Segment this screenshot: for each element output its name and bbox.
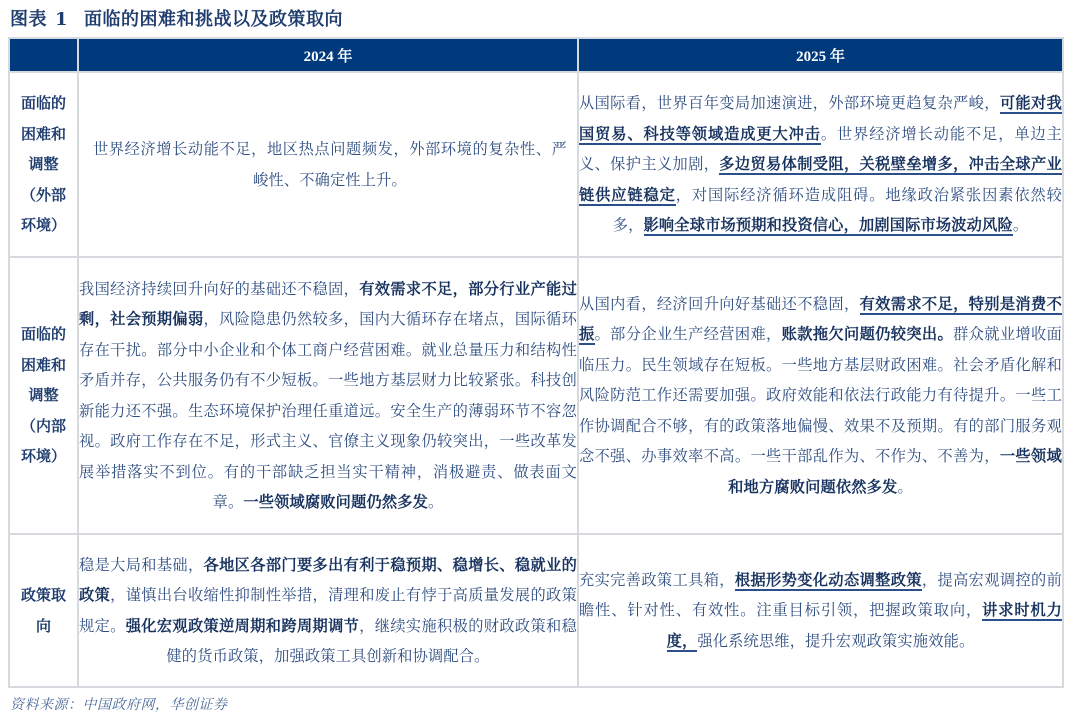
body-text: 。 bbox=[1013, 216, 1028, 234]
row-label-line: 面临的 bbox=[10, 319, 77, 350]
table-row-internal: 面临的困难和调整（内部环境） 我国经济持续回升向好的基础还不稳固，有效需求不足，… bbox=[9, 257, 1063, 534]
body-text: 从国内看，经济回升向好基础还不稳固， bbox=[579, 295, 860, 313]
row-label-line: （内部 bbox=[10, 411, 77, 442]
header-row: 2024 年 2025 年 bbox=[9, 38, 1063, 72]
header-2024: 2024 年 bbox=[78, 38, 578, 72]
cell-2024-internal: 我国经济持续回升向好的基础还不稳固，有效需求不足，部分行业产能过剩，社会预期偏弱… bbox=[78, 257, 578, 534]
body-text: 。部分企业生产经营困难， bbox=[595, 325, 782, 343]
cell-2025-internal: 从国内看，经济回升向好基础还不稳固，有效需求不足，特别是消费不振。部分企业生产经… bbox=[578, 257, 1063, 534]
body-text: 。 bbox=[428, 493, 443, 511]
row-label-line: 向 bbox=[10, 611, 77, 642]
header-2025: 2025 年 bbox=[578, 38, 1063, 72]
figure-number: 1 bbox=[55, 9, 68, 30]
source-note: 资料来源：中国政府网，华创证券 bbox=[10, 694, 228, 714]
header-blank bbox=[9, 38, 78, 72]
row-label-internal: 面临的困难和调整（内部环境） bbox=[9, 257, 78, 534]
body-text: 从国际看，世界百年变局加速演进，外部环境更趋复杂严峻， bbox=[579, 94, 1000, 112]
table-row-external: 面临的困难和调整（外部环境） 世界经济增长动能不足，地区热点问题频发，外部环境的… bbox=[9, 72, 1063, 257]
body-text: 充实完善政策工具箱， bbox=[579, 571, 735, 589]
cell-2024-external: 世界经济增长动能不足，地区热点问题频发，外部环境的复杂性、严峻性、不确定性上升。 bbox=[78, 72, 578, 257]
body-text: 。 bbox=[897, 478, 912, 496]
body-text: 我国经济持续回升向好的基础还不稳固， bbox=[79, 280, 359, 298]
row-label-policy: 政策取向 bbox=[9, 534, 78, 687]
figure-title: 图表1面临的困难和挑战以及政策取向 bbox=[10, 6, 343, 34]
underlined-emphasis-text: 影响全球市场预期和投资信心，加剧国际市场波动风险 bbox=[644, 216, 1013, 236]
body-text: 强化系统思维，提升宏观政策实施效能。 bbox=[697, 632, 974, 650]
cell-2025-policy: 充实完善政策工具箱，根据形势变化动态调整政策，提高宏观调控的前瞻性、针对性、有效… bbox=[578, 534, 1063, 687]
comparison-table: 2024 年 2025 年 面临的困难和调整（外部环境） 世界经济增长动能不足，… bbox=[8, 37, 1064, 688]
body-text: 稳是大局和基础， bbox=[79, 556, 204, 574]
cell-2024-policy: 稳是大局和基础，各地区各部门要多出有利于稳预期、稳增长、稳就业的政策，谨慎出台收… bbox=[78, 534, 578, 687]
table-row-policy: 政策取向 稳是大局和基础，各地区各部门要多出有利于稳预期、稳增长、稳就业的政策，… bbox=[9, 534, 1063, 687]
row-label-external: 面临的困难和调整（外部环境） bbox=[9, 72, 78, 257]
body-text: 群众就业增收面临压力。民生领域存在短板。一些地方基层财政困难。社会矛盾化解和风险… bbox=[579, 325, 1062, 465]
row-label-line: 调整 bbox=[10, 149, 77, 180]
row-label-line: 困难和 bbox=[10, 119, 77, 150]
body-text: 世界经济增长动能不足，地区热点问题频发，外部环境的复杂性、严峻性、不确定性上升。 bbox=[93, 140, 567, 189]
row-label-line: 调整 bbox=[10, 380, 77, 411]
emphasis-text: 账款拖欠问题仍较突出。 bbox=[782, 325, 953, 343]
row-label-line: 环境） bbox=[10, 210, 77, 241]
body-text: ，风险隐患仍然较多，国内大循环存在堵点，国际循环存在干扰。部分中小企业和个体工商… bbox=[79, 310, 577, 511]
figure-label: 图表 bbox=[10, 9, 47, 30]
row-label-line: 政策取 bbox=[10, 580, 77, 611]
row-label-line: 环境） bbox=[10, 441, 77, 472]
underlined-emphasis-text: 根据形势变化动态调整政策 bbox=[735, 571, 922, 591]
cell-2025-external: 从国际看，世界百年变局加速演进，外部环境更趋复杂严峻，可能对我国贸易、科技等领域… bbox=[578, 72, 1063, 257]
row-label-line: 困难和 bbox=[10, 350, 77, 381]
row-label-line: 面临的 bbox=[10, 88, 77, 119]
emphasis-text: 一些领域腐败问题仍然多发 bbox=[243, 493, 428, 511]
row-label-line: （外部 bbox=[10, 180, 77, 211]
figure-caption: 面临的困难和挑战以及政策取向 bbox=[84, 9, 343, 30]
emphasis-text: 强化宏观政策逆周期和跨周期调节 bbox=[126, 617, 360, 635]
